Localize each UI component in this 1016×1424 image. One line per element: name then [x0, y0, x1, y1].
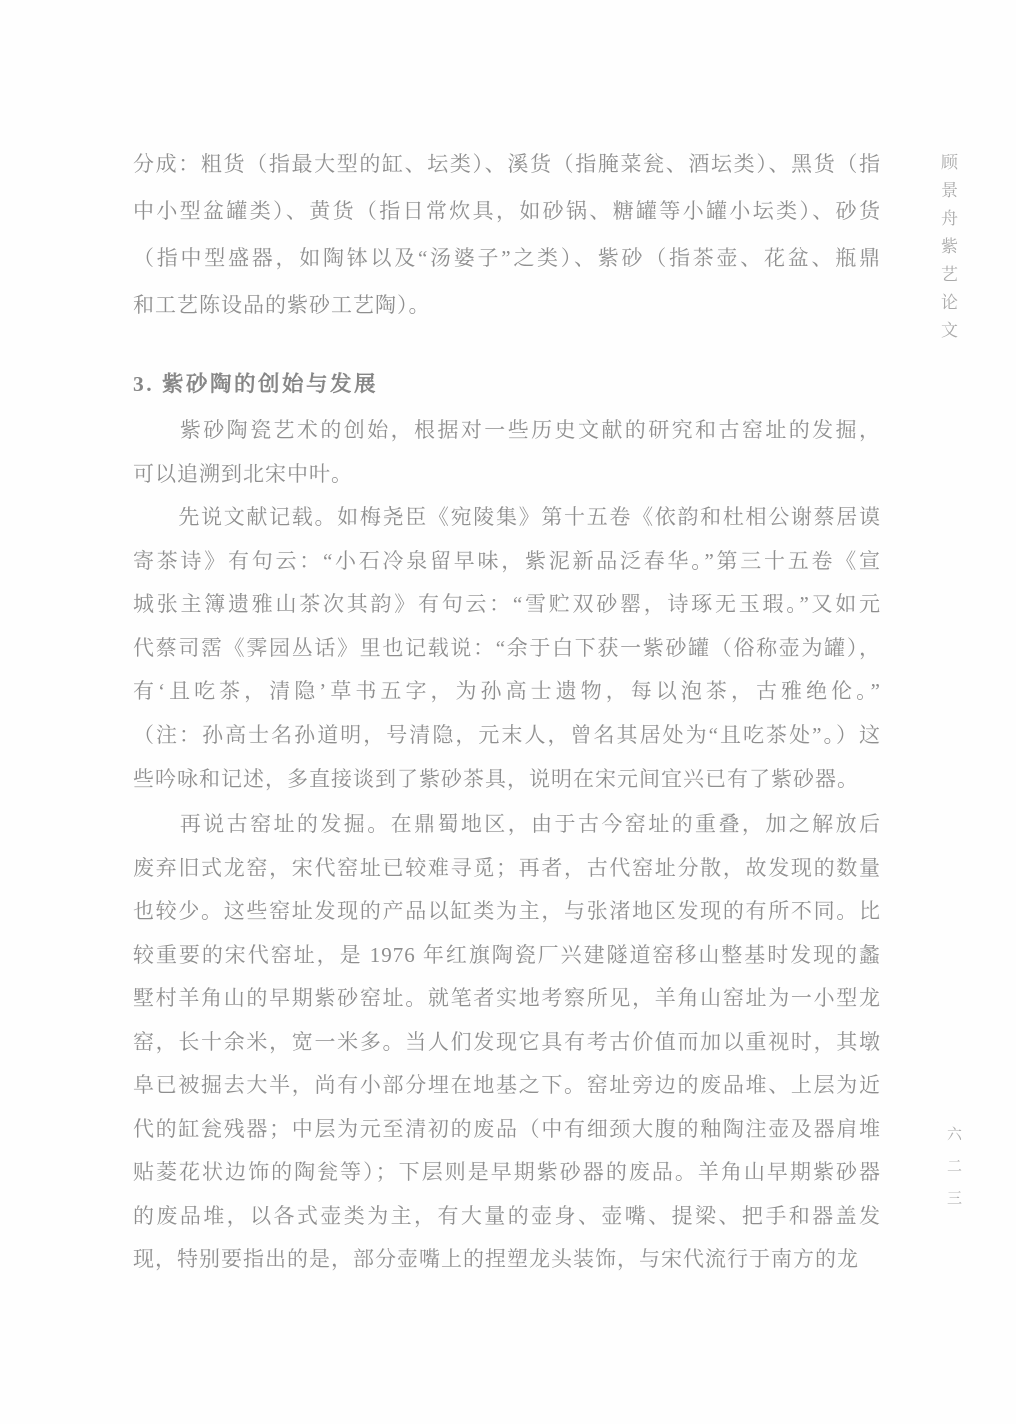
running-title-vertical: 顾景舟紫艺论文	[935, 153, 960, 349]
text-line: 寄茶诗》有句云：“小石冷泉留早味，紫泥新品泛春华。”第三十五卷《宣	[133, 540, 881, 584]
text-line: 贴菱花状边饰的陶瓮等）；下层则是早期紫砂器的废品。羊角山早期紫砂器	[133, 1151, 881, 1195]
text-line: 阜已被掘去大半，尚有小部分埋在地基之下。窑址旁边的废品堆、上层为近	[133, 1064, 881, 1108]
text-line: 有‘且吃茶，清隐’草书五字，为孙高士遗物，每以泡茶，古雅绝伦。”	[133, 670, 881, 714]
text-line: 城张主簿遗雅山茶次其韵》有句云：“雪贮双砂罂，诗琢无玉瑕。”又如元	[133, 583, 881, 627]
document-page: 顾景舟紫艺论文 六二三 分成：粗货（指最大型的缸、坛类）、溪货（指腌菜瓮、酒坛类…	[0, 0, 1016, 1424]
text-line: 代蔡司霑《霁园丛话》里也记载说：“余于白下获一紫砂罐（俗称壶为罐），	[133, 627, 881, 671]
text-line: 分成：粗货（指最大型的缸、坛类）、溪货（指腌菜瓮、酒坛类）、黑货（指	[133, 141, 881, 188]
text-line: 的废品堆，以各式壶类为主，有大量的壶身、壶嘴、提梁、把手和器盖发	[133, 1195, 881, 1239]
text-line: 些吟咏和记述，多直接谈到了紫砂茶具，说明在宋元间宜兴已有了紫砂器。	[133, 758, 881, 802]
text-line: 紫砂陶瓷艺术的创始，根据对一些历史文献的研究和古窑址的发掘，	[133, 409, 881, 453]
text-line: 废弃旧式龙窑，宋代窑址已较难寻觅；再者，古代窑址分散，故发现的数量	[133, 847, 881, 891]
text-line: 先说文献记载。如梅尧臣《宛陵集》第十五卷《依韵和杜相公谢蔡居谟	[133, 496, 881, 540]
text-line: 代的缸瓮残器；中层为元至清初的废品（中有细颈大腹的釉陶注壶及器肩堆	[133, 1108, 881, 1152]
text-line: （注：孙高士名孙道明，号清隐，元末人，曾名其居处为“且吃茶处”。）这	[133, 714, 881, 758]
text-line: 现，特别要指出的是，部分壶嘴上的捏塑龙头装饰，与宋代流行于南方的龙	[133, 1238, 881, 1282]
text-line: 墅村羊角山的早期紫砂窑址。就笔者实地考察所见，羊角山窑址为一小型龙	[133, 977, 881, 1021]
text-line: （指中型盛器，如陶钵以及“汤婆子”之类）、紫砂（指茶壶、花盆、瓶鼎	[133, 235, 881, 282]
text-line: 中小型盆罐类）、黄货（指日常炊具，如砂锅、糖罐等小罐小坛类）、砂货	[133, 188, 881, 235]
text-line: 再说古窑址的发掘。在鼎蜀地区，由于古今窑址的重叠，加之解放后	[133, 803, 881, 847]
paragraph-origin-intro: 紫砂陶瓷艺术的创始，根据对一些历史文献的研究和古窑址的发掘，可以追溯到北宋中叶。	[133, 409, 881, 496]
text-line: 和工艺陈设品的紫砂工艺陶）。	[133, 282, 881, 329]
page-body: 分成：粗货（指最大型的缸、坛类）、溪货（指腌菜瓮、酒坛类）、黑货（指中小型盆罐类…	[133, 141, 881, 1282]
paragraph-literature-records: 先说文献记载。如梅尧臣《宛陵集》第十五卷《依韵和杜相公谢蔡居谟寄茶诗》有句云：“…	[133, 496, 881, 801]
text-line: 窑，长十余米，宽一米多。当人们发现它具有考古价值而加以重视时，其墩	[133, 1021, 881, 1065]
paragraph-kiln-site-excavation: 再说古窑址的发掘。在鼎蜀地区，由于古今窑址的重叠，加之解放后废弃旧式龙窑，宋代窑…	[133, 803, 881, 1282]
paragraph-ware-classification: 分成：粗货（指最大型的缸、坛类）、溪货（指腌菜瓮、酒坛类）、黑货（指中小型盆罐类…	[133, 141, 881, 329]
page-number-vertical: 六二三	[943, 1126, 964, 1222]
text-line: 较重要的宋代窑址，是 1976 年红旗陶瓷厂兴建隧道窑移山整基时发现的蠡	[133, 934, 881, 978]
text-line: 可以追溯到北宋中叶。	[133, 453, 881, 497]
text-line: 也较少。这些窑址发现的产品以缸类为主，与张渚地区发现的有所不同。比	[133, 890, 881, 934]
section-heading: 3. 紫砂陶的创始与发展	[133, 362, 881, 407]
